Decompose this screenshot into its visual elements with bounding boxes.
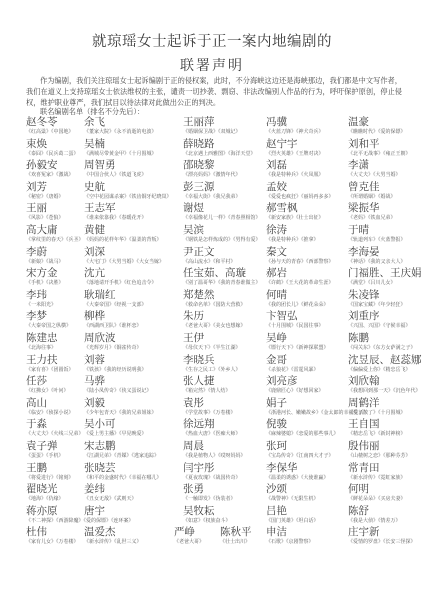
signatory-entry: 郝雪枫《新安家族》《壮士出征》 [266, 202, 324, 223]
signatory-entry: 王自国《精忠岳飞》《新封神榜》 [348, 418, 406, 439]
signatory-works: 《新娘》《战马》 [26, 258, 64, 267]
signatory-name: 余飞 [84, 116, 157, 128]
signatory-works: 《别了温哥华》《我的青春谁做主》 [183, 279, 261, 288]
signatory-works: 《泰囧》《民兵葛二蛋》 [26, 150, 79, 159]
signatory-entry: 刘亮彦《鹿鼎匠心》《好想回家》 [266, 375, 324, 396]
signatory-name: 周智勇 [84, 159, 147, 171]
signatory-works: 《箱完然》《情人结》 [183, 387, 231, 396]
signatory-works: 《空中花园谋杀案》《铁齿铜牙纪晓岚》 [84, 193, 172, 202]
signatory-name: 赵冬苓 [26, 116, 74, 128]
signatory-works: 《壮士出川》 [220, 538, 252, 547]
signatory-works: 《我是大侦》《情差万》 [348, 517, 401, 526]
signatory-works: 《红高粱》《中国地》 [26, 128, 74, 137]
signatory-name: 李潇 [348, 159, 401, 171]
signatory-entry: 赵冬苓《红高粱》《中国地》 [26, 116, 74, 137]
signatory-name: 袁彤 [183, 397, 236, 409]
signatory-name: 孙毅安 [26, 159, 74, 171]
signatory-works: 《母仪天下》《半生江湖》 [183, 344, 241, 353]
signatory-entry: 王力扶《家有喜》《团圆饭》 [26, 354, 74, 375]
signatory-name: 郝岩 [266, 267, 334, 279]
signatory-entry: 李梦《大秦帝国之纵横》 [26, 310, 71, 331]
signatory-entry: 余飞《董家大院》《永不消逝的电波》 [84, 116, 157, 137]
signatory-entry: 蒋亦原《不二神探》《西游降魔》《爱的保镖》《连环案》 [26, 505, 134, 526]
signatory-entry: 吴牧耘《如意》《权族奋斗》 [183, 505, 231, 526]
signatory-entry: 沈亢《落地请开手机》《红色追击令》 [84, 267, 157, 288]
signatory-row: 杜伟《家有儿女》《万卷楼》温爱杰《新水浒传》《乱世三义》严峥《老爸大哥》陈秋平《… [26, 526, 416, 548]
signatory-name: 刘重序 [348, 310, 411, 322]
signatory-name: 袁子弹 [26, 440, 64, 452]
signatory-entry: 刘深《大宅门》《大男当婚》《大女当嫁》 [84, 246, 164, 267]
signatory-name: 王丽 [26, 202, 64, 214]
signatory-name: 沙颂 [266, 483, 319, 495]
document-title: 就琼瑶女士起诉于正一案内地编剧的 [0, 30, 424, 51]
signatory-entry: 任宝茹、高璇《别了温哥华》《我的青春谁做主》 [183, 267, 261, 288]
signatory-name: 李梦 [26, 310, 71, 322]
signatory-entry: 陈秋平《壮士出川》 [220, 526, 252, 547]
signatory-name: 温爱杰 [84, 526, 142, 538]
signatory-name: 郝雪枫 [266, 202, 324, 214]
signatory-entry: 张人捷《箱完然》《情人结》 [183, 375, 231, 396]
signatory-name: 金哥 [266, 354, 319, 366]
signatory-row: 王鹏《将爱进行》《铭刻》张晓芸《和平的金盛时代》《幸福在哪儿》闫宇彤《夏夜玫瑰》… [26, 462, 416, 484]
signatory-name: 耿瑞红 [84, 289, 147, 301]
signatory-entry: 于淼《大丈夫》《火线三兄弟》 [26, 418, 84, 439]
signatory-name: 王自国 [348, 418, 406, 430]
signatory-name: 李晓兵 [183, 354, 241, 366]
signatory-works: 《山楂树之恋》《那种芬芳》 [348, 452, 411, 461]
signatory-name: 李蔚 [26, 246, 64, 258]
signatory-works: 《火蓝刀锋》《神犬奇兵》 [266, 128, 324, 137]
signatory-entry: 门福胜、王庆娟《满堂》《吕川儿女》 [348, 267, 422, 288]
signatory-name: 陈鹏 [348, 332, 416, 344]
signatory-works: 《老爸大哥》《美女也想嫁》 [183, 322, 246, 331]
signatory-name: 何明 [348, 483, 406, 495]
signatory-name: 周晨 [183, 440, 246, 452]
signatory-name: 秦文 [266, 246, 334, 258]
signatory-row: 高山《临安》《侦探小说》刘毅《少年包青天》《我的兄弟姐妹》袁彤《学堂故事》《万卷… [26, 397, 416, 419]
signatory-works: 《董家大院》《永不消逝的电波》 [84, 128, 157, 137]
signatory-entry: 殷伟丽《山楂树之恋》《那种芬芳》 [348, 440, 411, 461]
signatory-name: 刘和平 [348, 138, 411, 150]
signatory-entry: 庄宇新《爱情的罗盘》《长安三怪探》 [348, 526, 416, 547]
signatory-works: 《家有喜》《团圆饭》 [26, 366, 74, 375]
signatory-entry: 何晴《我的团长儿》《鲜花朵朵》 [266, 289, 329, 310]
signatory-entry: 李海晏《神话》《我的父亲大人》 [348, 246, 406, 267]
signatory-name: 王丽萍 [183, 116, 241, 128]
signatory-entry: 黄健《妈妈的花样年华》《温柔的背叛》 [84, 224, 162, 245]
signatory-works: 《石歌》《京剧警察》 [266, 538, 314, 547]
signatory-works: 《幸福大街》《我兄我弟》 [183, 193, 241, 202]
signatory-works: 《一触即发》《伪装者》 [183, 495, 236, 504]
signatory-works: 《偏偏爱上你》《精忠岳飞》 [348, 366, 422, 375]
signatory-works: 《爱情的罗盘》《长安三怪探》 [348, 538, 416, 547]
signatory-name: 尹正文 [183, 246, 236, 258]
signatory-row: 孙毅安《欢喜冤家》《激战》周智勇《中国合伙人》《铁道飞虎》邵晓黎《漂亮妈妈》《激… [26, 159, 416, 181]
signatory-works: 《大秦帝国》《经视一支部》 [84, 301, 147, 310]
signatory-entry: 陈舒《我是大侦》《情差万》 [348, 505, 401, 526]
signatory-works: 《国门英雄》《坦白话》 [266, 517, 319, 526]
signatory-works: 《我想回到那一天》《沉色年代》 [348, 387, 421, 396]
signatory-works: 《丑女无敌》《武则天》 [84, 495, 137, 504]
signatory-works: 《老妈》《铁血兄弟》 [348, 214, 396, 223]
signatory-name: 门福胜、王庆娟 [348, 267, 422, 279]
signatory-name: 吴峥 [266, 332, 329, 344]
signatory-name: 倪骏 [266, 418, 339, 430]
signatory-works: 《爱上男主播》《早见晚爱》 [84, 430, 147, 439]
signatory-name: 庄宇新 [348, 526, 416, 538]
signatory-entry: 王丽《风影》《苍狼》 [26, 202, 64, 223]
signatory-works: 《孙与天的青春》《西部警察》 [266, 258, 334, 267]
signatory-works: 《不二神探》《西游降魔》《爱的保镖》《连环案》 [26, 517, 134, 526]
signatory-name: 王志军 [84, 202, 147, 214]
signatory-entry: 闫宇彤《夏夜玫瑰》《战国传奇》 [183, 462, 241, 483]
signatory-works: 《精忠岳飞》《新封神榜》 [348, 430, 406, 439]
signatory-name: 蒋亦原 [26, 505, 134, 517]
signatory-list: 赵冬苓《红高粱》《中国地》余飞《董家大院》《永不消逝的电波》王丽萍《婚姻保卫战》… [26, 116, 416, 548]
signatory-works: 《少年包青天》《我的兄弟姐妹》 [84, 409, 157, 418]
signatory-works: 《欢喜冤家》《激战》 [26, 171, 74, 180]
signatory-entry: 吴峥《镖行天下》《新神探联盟》 [266, 332, 329, 353]
signatory-works: 《学堂故事》《万卷楼》 [183, 409, 236, 418]
signatory-name: 卞智弘 [266, 310, 324, 322]
signatory-name: 刘芳 [26, 181, 64, 193]
signatory-works: 《瞧瞧时代》《爱的保镖》 [348, 128, 406, 137]
signatory-entry: 何明《鲜花朵朵》《买房夫妻》 [348, 483, 406, 504]
signatory-name: 王鹏 [26, 462, 74, 474]
signatory-entry: 张勇《一触即发》《伪装者》 [183, 483, 236, 504]
signatory-entry: 刘磊《我是特种兵》《火凤凰》 [266, 159, 324, 180]
signatory-name: 周欣波 [84, 332, 142, 344]
signatory-entry: 孟姣《爱爱也疯狂》《丽妈再多多》 [266, 181, 334, 202]
signatory-works: 《掌纹里的春天》《兵圣》 [26, 236, 84, 245]
signatory-entry: 王鹏《将爱进行》《铭刻》 [26, 462, 74, 483]
signatory-works: 《婚姻保卫战》《双城记》 [183, 128, 241, 137]
signatory-row: 王丽《风影》《苍狼》王志军《谁来依靠我》《春暖花开》谢煜《幸福像花儿一样》《青春… [26, 202, 416, 224]
signatory-entry: 秦文《孙与天的青春》《西部警察》 [266, 246, 334, 267]
signatory-name: 王力扶 [26, 354, 74, 366]
signatory-name: 于淼 [26, 418, 84, 430]
signatory-entry: 杜伟《家有儿女》《万卷楼》 [26, 526, 79, 547]
signatory-entry: 刘毅《少年包青天》《我的兄弟姐妹》 [84, 397, 157, 418]
signatory-works: 《许鹤》《王大花的革命生涯》 [266, 279, 334, 288]
signatory-works: 《温柔的诱惑》《大使谁赢》 [266, 474, 329, 483]
signatory-entry: 唐宇 [84, 505, 105, 517]
signatory-entry: 李潇《大丈夫》《大男当婚》 [348, 159, 401, 180]
signatory-entry: 于晴《轨道列车》《火蓝警报》 [348, 224, 406, 245]
signatory-name: 梁振华 [348, 202, 396, 214]
signatory-entry: 曾克佳《所谓婚姻》《婚战》 [348, 181, 396, 202]
signatory-works: 《战警神》《无限生机》 [266, 495, 319, 504]
signatory-row: 赵冬苓《红高粱》《中国地》余飞《董家大院》《永不消逝的电波》王丽萍《婚姻保卫战》… [26, 116, 416, 138]
signatory-works: 《临安》《侦探小说》 [26, 409, 74, 418]
signatory-works: 《落地请开手机》《红色追击令》 [84, 279, 157, 288]
statement-document: 就琼瑶女士起诉于正一案内地编剧的 联署声明 作为编剧，我们关注琼瑶女士起诉编剧于… [0, 0, 424, 600]
signatory-entry: 刘欣翰《我想回到那一天》《沉色年代》 [348, 375, 421, 396]
signatory-name: 赵宁宇 [266, 138, 324, 150]
signatory-entry: 郑楚然《救命名单》《国防大营救》 [183, 289, 246, 310]
signatory-entry: 赵宁宇《烈火英雄》《王牌对决》 [266, 138, 324, 159]
signatory-name: 李海晏 [348, 246, 406, 258]
signatory-works: 《大丈夫》《大男当婚》 [348, 171, 401, 180]
signatory-works: 《大丈夫》《火线三兄弟》 [26, 430, 84, 439]
signatory-name: 刘蓉 [84, 354, 147, 366]
signatory-works: 《大宅门》《大男当婚》《大女当嫁》 [84, 258, 164, 267]
signatory-works: 《所谓婚姻》《婚战》 [348, 193, 396, 202]
signatory-name: 朱历 [183, 310, 246, 322]
signatory-row: 任莎《红拂女》《叶问》马骅《陆小凤传奇》《侠义蛋说记》张人捷《箱完然》《情人结》… [26, 375, 416, 397]
signatory-name: 陈舒 [348, 505, 401, 517]
signatory-works: 《十月围城》《民国往事》 [266, 322, 324, 331]
signatory-works: 《满城尽带黄金甲》《十月围城》 [84, 150, 157, 159]
signatory-row: 高大庸《掌纹里的春天》《兵圣》黄健《妈妈的花样年华》《温柔的背叛》吴滨《钢铁是怎… [26, 224, 416, 246]
signatory-entry: 陈鹏《闯关东》《东方女萨满之子》 [348, 332, 416, 353]
signatory-works: 《家有儿女》《万卷楼》 [26, 538, 79, 547]
signatory-works: 《妈妈的花样年华》《温柔的背叛》 [84, 236, 162, 245]
signatory-name: 陈建忠 [26, 332, 58, 344]
signatory-row: 宋方金《手机》《决胜》沈亢《落地请开手机》《红色追击令》任宝茹、高璇《别了温哥华… [26, 267, 416, 289]
signatory-works: 《谁来依靠我》《春暖花开》 [84, 214, 147, 223]
signatory-name: 吕艳 [266, 505, 319, 517]
signatory-name: 薛晓路 [183, 138, 256, 150]
signatory-name: 于晴 [348, 224, 406, 236]
signatory-name: 周鹤洋 [348, 397, 406, 409]
signatory-works: 《神话》《我的父亲大人》 [348, 258, 406, 267]
signatory-name: 沈亢 [84, 267, 157, 279]
signatory-name: 吴小可 [84, 418, 147, 430]
signatory-works: 《国家宝藏》《年少轻狂》 [348, 301, 406, 310]
signatory-entry: 袁子弹《蛋蛋》《手机》 [26, 440, 64, 461]
signatory-works: 《新安家族》《壮士出征》 [266, 214, 324, 223]
signatory-entry: 刘和平《北平无战事》《雍正王朝》 [348, 138, 411, 159]
signatory-name: 束焕 [26, 138, 79, 150]
signatory-works: 《江湖兄弟》《青媒》《逃家追踪》 [84, 452, 159, 461]
signatory-works: 《北平无战事》《雍正王朝》 [348, 150, 411, 159]
signatory-name: 徐远翔 [183, 418, 241, 430]
signatory-name: 闫宇彤 [183, 462, 241, 474]
signatory-entry: 刘芳《秘密》《唐婚》 [26, 181, 64, 202]
signatory-entry: 耿瑞红《大秦帝国》《经视一支部》 [84, 289, 147, 310]
signatory-name: 刘欣翰 [348, 375, 421, 387]
signatory-name: 朱凌锋 [348, 289, 406, 301]
signatory-works: 《闯关东》《东方女萨满之子》 [348, 344, 416, 353]
signatory-name: 吴牧耘 [183, 505, 231, 517]
signatory-name: 冯骥 [266, 116, 324, 128]
signatory-entry: 郝岩《许鹤》《王大花的革命生涯》 [266, 267, 334, 288]
signatory-entry: 柳桦《西湖西卫队》《谁杯恋》 [84, 310, 142, 331]
signatory-entry: 王丽萍《婚姻保卫战》《双城记》 [183, 116, 241, 137]
signatory-name: 张珂 [266, 440, 334, 452]
signatory-entry: 朱凌锋《国家宝藏》《年少轻狂》 [348, 289, 406, 310]
signatory-name: 邵晓黎 [183, 159, 241, 171]
signatory-works: 《北海往事》 [26, 344, 58, 353]
signatory-works: 《救命名单》《国防大营救》 [183, 301, 246, 310]
signatory-entry: 高山《临安》《侦探小说》 [26, 397, 74, 418]
signatory-works: 《鹿鼎匠心》《好想回家》 [266, 387, 324, 396]
signatory-works: 《夏夜玫瑰》《战国传奇》 [183, 474, 241, 483]
signatory-name: 陈秋平 [220, 526, 252, 538]
signatory-name: 沈昱辰、赵蕊娜 [348, 354, 422, 366]
signatory-works: 《我是特种兵》《火凤凰》 [266, 171, 324, 180]
signatory-works: 《烈火英雄》《王牌对决》 [266, 150, 324, 159]
signatory-works: 《红拂女》《叶问》 [26, 387, 69, 396]
signatory-works: 《蛋蛋》《手机》 [26, 452, 64, 461]
signatory-entry: 宋志鹏《江湖兄弟》《青媒》《逃家追踪》 [84, 440, 159, 461]
signatory-entry: 温爱杰《新水浒传》《乱世三义》 [84, 526, 142, 547]
signatory-entry: 谢煜《幸福像花儿一样》《青春照相馆》 [183, 202, 261, 223]
signatory-entry: 邵晓黎《漂亮妈妈》《激情年代》 [183, 159, 241, 180]
signatory-row: 束焕《泰囧》《民兵葛二蛋》吴楠《满城尽带黄金甲》《十月围城》薛晓路《北京遇上西雅… [26, 138, 416, 160]
signatory-entry: 尹正文《高山流水》《和平村》 [183, 246, 236, 267]
signatory-works: 《轨道列车》《火蓝警报》 [348, 236, 406, 245]
signatory-entry: 金哥《杀狼花》《雷霆风暴》 [266, 354, 319, 375]
signatory-entry: 马骅《陆小凤传奇》《侠义蛋说记》 [84, 375, 152, 396]
signatory-entry: 周鹤洋《爱了散了》《十月围城》 [348, 397, 406, 418]
signatory-entry: 袁彤《学堂故事》《万卷楼》 [183, 397, 236, 418]
signatory-works: 《地海》《仇缘》 [26, 495, 64, 504]
signatory-name: 任宝茹、高璇 [183, 267, 261, 279]
signatory-entry: 高大庸《掌纹里的春天》《兵圣》 [26, 224, 84, 245]
signatory-entry: 徐远翔《热血大唐》《医痴大师》 [183, 418, 241, 439]
signatory-entry: 陈建忠《北海往事》 [26, 332, 58, 353]
signatory-name: 黄健 [84, 224, 162, 236]
signatory-entry: 王伊《母仪天下》《半生江湖》 [183, 332, 241, 353]
signatory-row: 王力扶《家有喜》《团圆饭》刘蓉《铁孩》《我的经历说明我》李晓兵《生存之民工》《外… [26, 354, 416, 376]
signatory-entry: 李保华《温柔的诱惑》《大使谁赢》 [266, 462, 329, 483]
signatory-name: 翟晓光 [26, 483, 64, 495]
signatory-name: 宋方金 [26, 267, 64, 279]
signatory-entry: 卞智弘《十月围城》《民国往事》 [266, 310, 324, 331]
signatory-entry: 梁振华《老妈》《铁血兄弟》 [348, 202, 396, 223]
signatory-entry: 倪骏《麻辣婆媳》《恋爱的那些事儿》 [266, 418, 339, 439]
signatory-entry: 周晨《我是植物人》《哎呀妈妈》 [183, 440, 246, 461]
signatory-works: 《秘密》《唐婚》 [26, 193, 64, 202]
signatory-works: 《陆小凤传奇》《侠义蛋说记》 [84, 387, 152, 396]
signatory-works: 《一米阳光》 [26, 301, 56, 310]
signatory-row: 李玮《一米阳光》耿瑞红《大秦帝国》《经视一支部》郑楚然《救命名单》《国防大营救》… [26, 289, 416, 311]
signatory-name: 刘亮彦 [266, 375, 324, 387]
signatory-entry: 周智勇《中国合伙人》《铁道飞虎》 [84, 159, 147, 180]
signatory-entry: 史航《空中花园谋杀案》《铁齿铜牙纪晓岚》 [84, 181, 172, 202]
signatory-name: 柳桦 [84, 310, 142, 322]
signatory-name: 徐涛 [266, 224, 319, 236]
signatory-name: 谢煜 [183, 202, 261, 214]
signatory-name: 高山 [26, 397, 74, 409]
signatory-works: 《镖行天下》《新神探联盟》 [266, 344, 329, 353]
signatory-works: 《新水浒传》《霓虹家族》 [348, 474, 406, 483]
signatory-name: 王伊 [183, 332, 241, 344]
signatory-name: 马骅 [84, 375, 152, 387]
signatory-entry: 彭三源《幸福大街》《我兄我弟》 [183, 181, 241, 202]
signatory-name: 刘毅 [84, 397, 157, 409]
signatory-name: 郑楚然 [183, 289, 246, 301]
signatory-name: 刘深 [84, 246, 164, 258]
signatory-name: 刘磊 [266, 159, 324, 171]
signatory-works: 《中国合伙人》《铁道飞虎》 [84, 171, 147, 180]
signatory-row: 袁子弹《蛋蛋》《手机》宋志鹏《江湖兄弟》《青媒》《逃家追踪》周晨《我是植物人》《… [26, 440, 416, 462]
signatory-works: 《大秦帝国之纵横》 [26, 322, 71, 331]
signatory-works: 《我是植物人》《哎呀妈妈》 [183, 452, 246, 461]
signatory-works: 《热血大唐》《医痴大师》 [183, 430, 241, 439]
signatory-entry: 束焕《泰囧》《民兵葛二蛋》 [26, 138, 79, 159]
signatory-works: 《宝岛传奇》《江南四大才子》 [266, 452, 334, 461]
signatory-name: 彭三源 [183, 181, 241, 193]
signatory-name: 杜伟 [26, 526, 79, 538]
signatory-entry: 刘蓉《铁孩》《我的经历说明我》 [84, 354, 147, 375]
signatory-name: 张晓芸 [84, 462, 162, 474]
signatory-works: 《杀狼花》《雷霆风暴》 [266, 366, 319, 375]
signatory-works: 《高山流水》《和平村》 [183, 258, 236, 267]
signatory-entry: 沈昱辰、赵蕊娜《偏偏爱上你》《精忠岳飞》 [348, 354, 422, 375]
signatory-entry: 张珂《宝岛传奇》《江南四大才子》 [266, 440, 334, 461]
signatory-works: 《爱了散了》《十月围城》 [348, 409, 406, 418]
signatory-entry: 申洁《石歌》《京剧警察》 [266, 526, 314, 547]
signatory-works: 《鲜花朵朵》《买房夫妻》 [348, 495, 406, 504]
document-subtitle: 联署声明 [0, 55, 424, 75]
signatory-name: 李保华 [266, 462, 329, 474]
signatory-entry: 周欣波《光辉岁月》《铜雀传奇》 [84, 332, 142, 353]
signatory-works: 《如意》《权族奋斗》 [183, 517, 231, 526]
signatory-name: 曾克佳 [348, 181, 396, 193]
signatory-works: 《新水浒传》《乱世三义》 [84, 538, 142, 547]
signatory-row: 李蔚《新娘》《战马》刘深《大宅门》《大男当婚》《大女当嫁》尹正文《高山流水》《和… [26, 246, 416, 268]
signatory-entry: 吴滨《钢铁是怎样炼成的》《男得有爱》 [183, 224, 261, 245]
signatory-works: 《老爸大哥》 [174, 538, 204, 547]
signatory-entry: 王志军《谁来依靠我》《春暖花开》 [84, 202, 147, 223]
signatory-row: 翟晓光《地海》《仇缘》姜纬《丑女无敌》《武则天》张勇《一触即发》《伪装者》沙颂《… [26, 483, 416, 505]
signatory-works: 《我是特种兵》《推拿》 [266, 236, 319, 245]
signatory-entry: 李蔚《新娘》《战马》 [26, 246, 64, 267]
signatory-entry: 吴楠《满城尽带黄金甲》《十月围城》 [84, 138, 157, 159]
signatory-entry: 翟晓光《地海》《仇缘》 [26, 483, 64, 504]
signatory-entry: 李玮《一米阳光》 [26, 289, 56, 310]
signatory-entry: 吕艳《国门英雄》《坦白话》 [266, 505, 319, 526]
signatory-works: 《钢铁是怎样炼成的》《男得有爱》 [183, 236, 261, 245]
signatory-name: 严峥 [174, 526, 204, 538]
signatory-entry: 严峥《老爸大哥》 [174, 526, 204, 547]
signatory-works: 《满堂》《吕川儿女》 [348, 279, 422, 288]
signatory-entry: 张晓芸《和平的金盛时代》《幸福在哪儿》 [84, 462, 162, 483]
signatory-works: 《爱爱也疯狂》《丽妈再多多》 [266, 193, 334, 202]
signatory-entry: 温豪《瞧瞧时代》《爱的保镖》 [348, 116, 406, 137]
signatory-works: 《手机》《决胜》 [26, 279, 64, 288]
signatory-works: 《麻辣婆媳》《恋爱的那些事儿》 [266, 430, 339, 439]
signatory-name: 何晴 [266, 289, 329, 301]
signatory-name: 李玮 [26, 289, 56, 301]
signatory-name: 申洁 [266, 526, 314, 538]
signatory-name: 唐宇 [84, 505, 105, 517]
signatory-works: 《西湖西卫队》《谁杯恋》 [84, 322, 142, 331]
signatory-name: 史航 [84, 181, 172, 193]
signatory-name: 孟姣 [266, 181, 334, 193]
signatory-works: 《幸福像花儿一样》《青春照相馆》 [183, 214, 261, 223]
signatory-name: 常青田 [348, 462, 406, 474]
signatory-name: 吴楠 [84, 138, 157, 150]
signatory-works: 《生存之民工》《外乡人》 [183, 366, 241, 375]
signatory-name: 张勇 [183, 483, 236, 495]
signatory-row: 李梦《大秦帝国之纵横》柳桦《西湖西卫队》《谁杯恋》朱历《老爸大哥》《美女也想嫁》… [26, 310, 416, 332]
signatory-name: 殷伟丽 [348, 440, 411, 452]
signatory-entry: 宋方金《手机》《决胜》 [26, 267, 64, 288]
signatory-row: 陈建忠《北海往事》周欣波《光辉岁月》《铜雀传奇》王伊《母仪天下》《半生江湖》吴峥… [26, 332, 416, 354]
signatory-works: 《光辉岁月》《铜雀传奇》 [84, 344, 142, 353]
signatory-row: 刘芳《秘密》《唐婚》史航《空中花园谋杀案》《铁齿铜牙纪晓岚》彭三源《幸福大街》《… [26, 181, 416, 203]
signatory-entry: 常青田《新水浒传》《霓虹家族》 [348, 462, 406, 483]
signatory-entry: 李晓兵《生存之民工》《外乡人》 [183, 354, 241, 375]
signatory-name: 姜纬 [84, 483, 137, 495]
signatory-name: 张人捷 [183, 375, 231, 387]
signatory-entry: 徐涛《我是特种兵》《推拿》 [266, 224, 319, 245]
signatory-entry: 薛晓路《北京遇上西雅图》《海洋天堂》 [183, 138, 256, 159]
